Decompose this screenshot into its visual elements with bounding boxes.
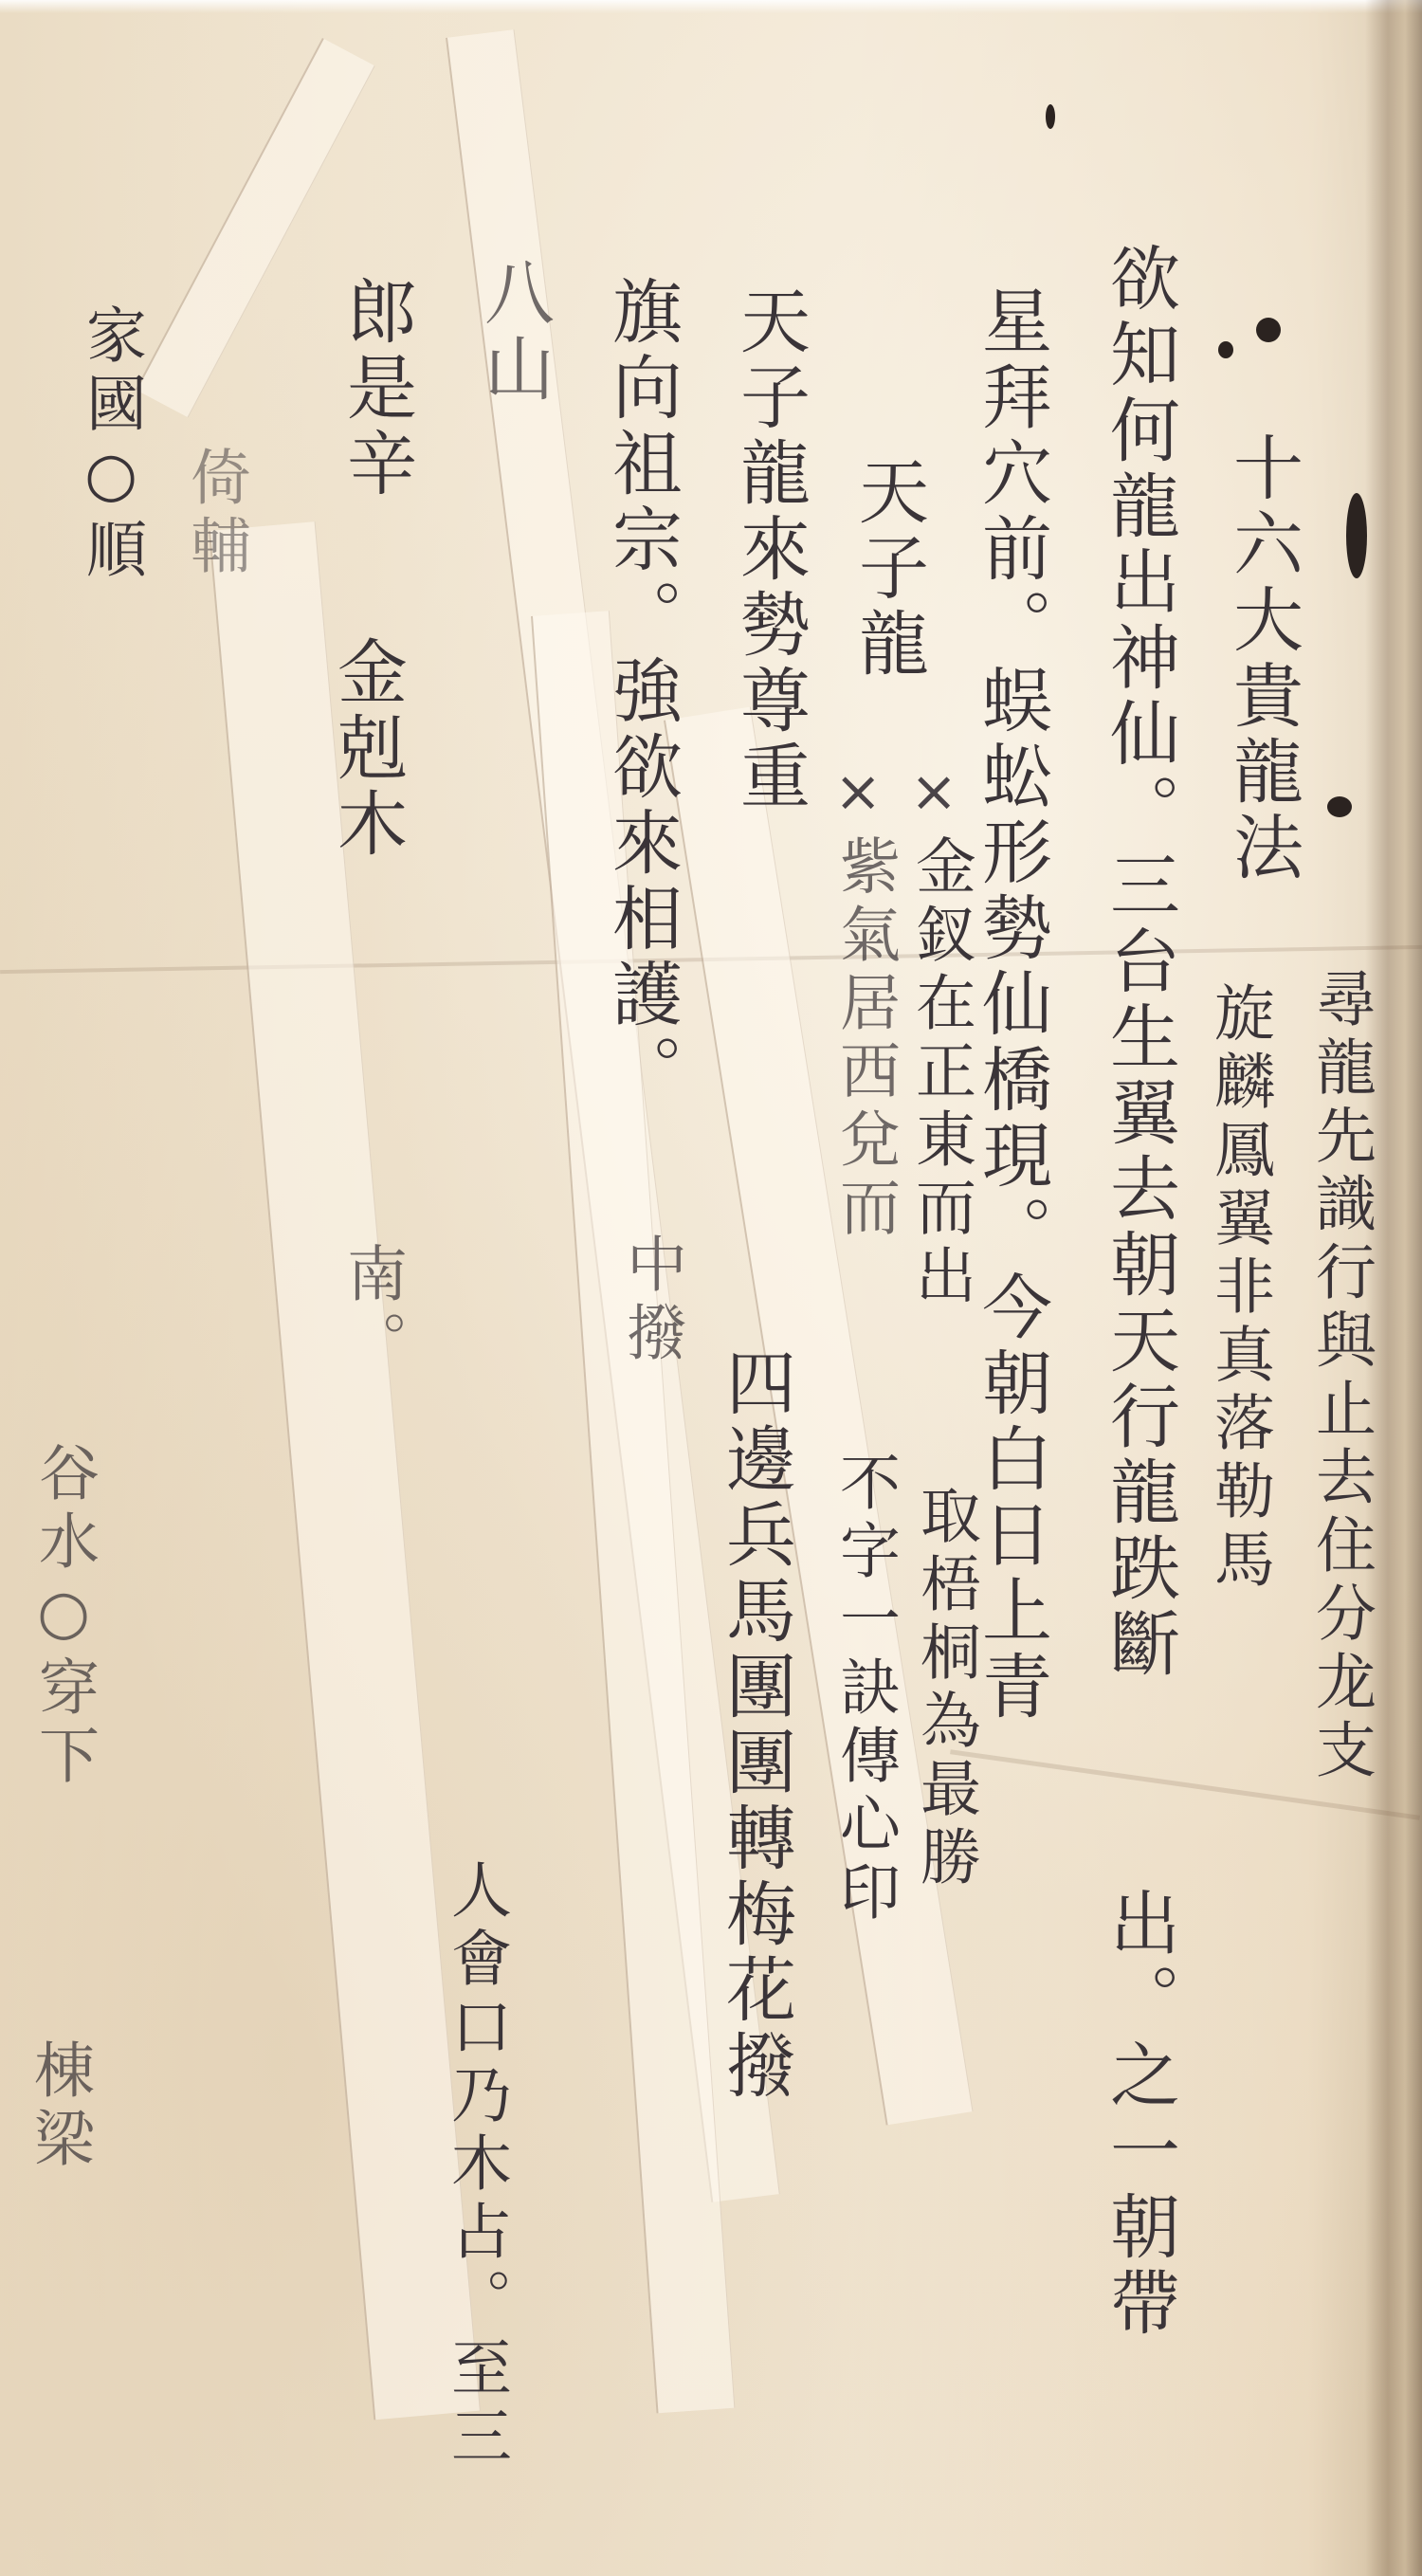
worm-hole [1327,796,1352,817]
column-interlinear: 尋龍先識行與止去住分龙支 [1310,967,1371,1786]
column-interlinear: 旋麟鳳翼非真落勒馬 [1209,981,1269,1596]
manuscript-page: 十六大貴龍法 尋龍先識行與止去住分龙支 欲知何龍出神仙。三台生翼去朝天行龍跌斷 … [0,0,1422,2576]
paper-top-edge [0,0,1422,13]
column-text: 家國○順 [81,303,141,586]
column-text: 天子龍來勢尊重 [735,284,805,815]
column-text: 郎是辛 [341,275,411,502]
column-text: 南。 [341,1242,402,1379]
column-text: 八山 [479,256,549,408]
column-text: 金剋木 [332,635,402,863]
cross-mark: × [910,758,957,825]
column-text: 星拜穴前。蜈蚣形勢仙橋現。今朝白日上青 [976,284,1047,1726]
column-text: 谷水○穿下 [33,1441,94,1792]
worm-hole [1046,104,1055,129]
column-text: 出。之一朝帶 [1104,1887,1175,2342]
column-text: 欲知何龍出神仙。三台生翼去朝天行龍跌斷 [1104,242,1175,1683]
column-text: 不字一訣傳心印 [834,1451,895,1928]
column-subheading: 天子龍 [853,455,923,683]
column-text: 人會口乃木占。至三 [446,1858,506,2473]
worm-hole [1346,493,1367,578]
column-heading: 十六大貴龍法 [1228,431,1298,886]
column-text: 四邊兵馬團團轉梅花撥 [720,1346,791,2105]
cross-mark: × [834,758,882,825]
worm-hole [1256,318,1281,342]
column-text: 旗向祖宗。強欲來相護。 [607,275,677,1109]
column-text: 中撥 [621,1233,682,1369]
column-text: 倚輔 [185,446,246,582]
column-text: 紫氣居西兌而 [834,834,895,1244]
column-text: 取梧桐為最勝 [915,1484,975,1893]
worm-hole [1218,341,1233,358]
column-text: 金釵在正東而出 [910,834,971,1312]
column-text: 棟梁 [28,2038,89,2175]
